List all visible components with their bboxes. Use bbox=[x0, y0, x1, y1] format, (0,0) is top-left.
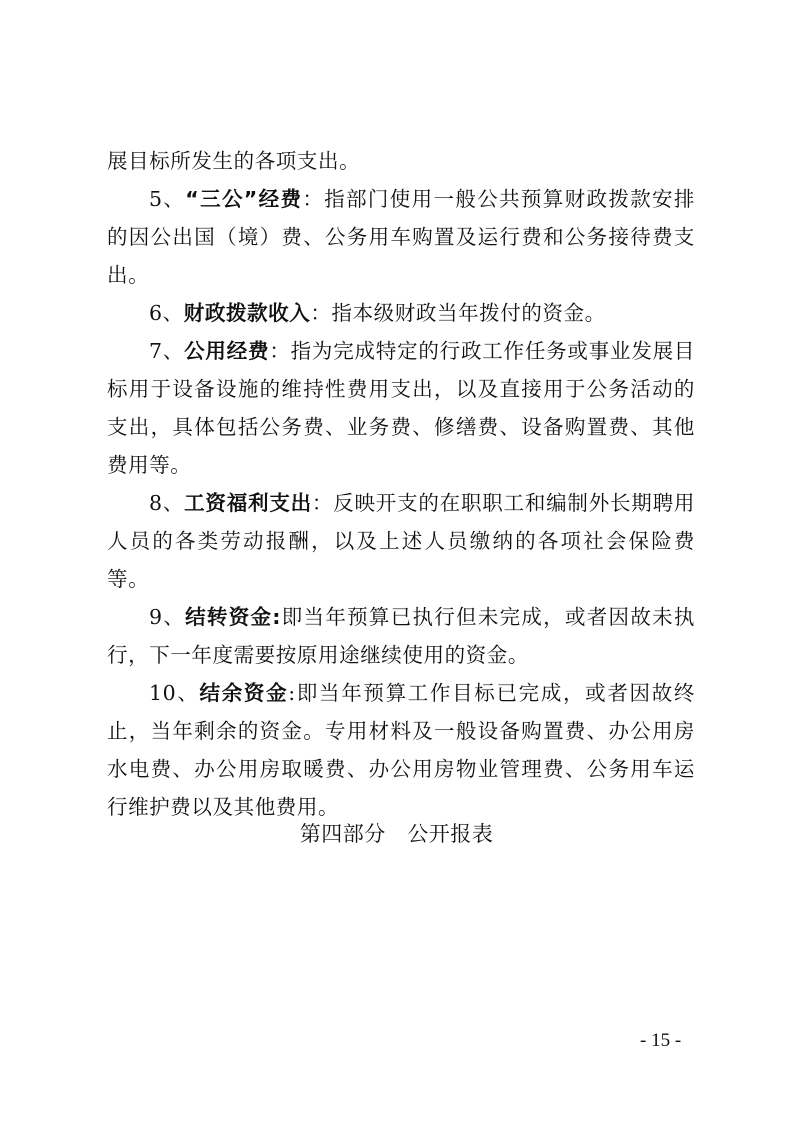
item-separator: : bbox=[272, 605, 281, 629]
item-term: 结转资金 bbox=[185, 605, 272, 629]
continuation-paragraph: 展目标所发生的各项支出。 bbox=[107, 142, 695, 180]
item-term: “三公”经费 bbox=[185, 187, 302, 211]
page-number: - 15 - bbox=[640, 1030, 681, 1052]
definition-item-7: 7、公用经费：指为完成特定的行政工作任务或事业发展目标用于设备设施的维持性费用支… bbox=[107, 332, 695, 484]
item-separator: : bbox=[288, 681, 296, 705]
item-term: 财政拨款收入 bbox=[184, 301, 311, 325]
definition-item-10: 10、结余资金:即当年预算工作目标已完成，或者因故终止，当年剩余的资金。专用材料… bbox=[107, 674, 695, 826]
item-number: 10、 bbox=[149, 681, 200, 705]
item-term: 结余资金 bbox=[200, 681, 289, 705]
item-number: 7、 bbox=[149, 339, 184, 363]
item-separator: ： bbox=[302, 187, 324, 211]
definition-item-5: 5、“三公”经费：指部门使用一般公共预算财政拨款安排的因公出国（境）费、公务用车… bbox=[107, 180, 695, 294]
item-separator: ： bbox=[312, 491, 333, 515]
definition-item-8: 8、工资福利支出：反映开支的在职职工和编制外长期聘用人员的各类劳动报酬，以及上述… bbox=[107, 484, 695, 598]
item-term: 公用经费 bbox=[184, 339, 269, 363]
item-separator: ： bbox=[269, 339, 290, 363]
section-heading: 第四部分 公开报表 bbox=[0, 818, 793, 848]
item-number: 6、 bbox=[149, 301, 184, 325]
item-number: 5、 bbox=[149, 187, 185, 211]
definition-item-9: 9、结转资金:即当年预算已执行但未完成，或者因故未执行，下一年度需要按原用途继续… bbox=[107, 598, 695, 674]
document-body: 展目标所发生的各项支出。 5、“三公”经费：指部门使用一般公共预算财政拨款安排的… bbox=[107, 142, 695, 826]
item-term: 工资福利支出 bbox=[184, 491, 312, 515]
definition-item-6: 6、财政拨款收入：指本级财政当年拨付的资金。 bbox=[107, 294, 695, 332]
item-number: 8、 bbox=[149, 491, 184, 515]
item-text: 指本级财政当年拨付的资金。 bbox=[331, 301, 605, 325]
item-separator: ： bbox=[310, 301, 331, 325]
item-number: 9、 bbox=[149, 605, 185, 629]
